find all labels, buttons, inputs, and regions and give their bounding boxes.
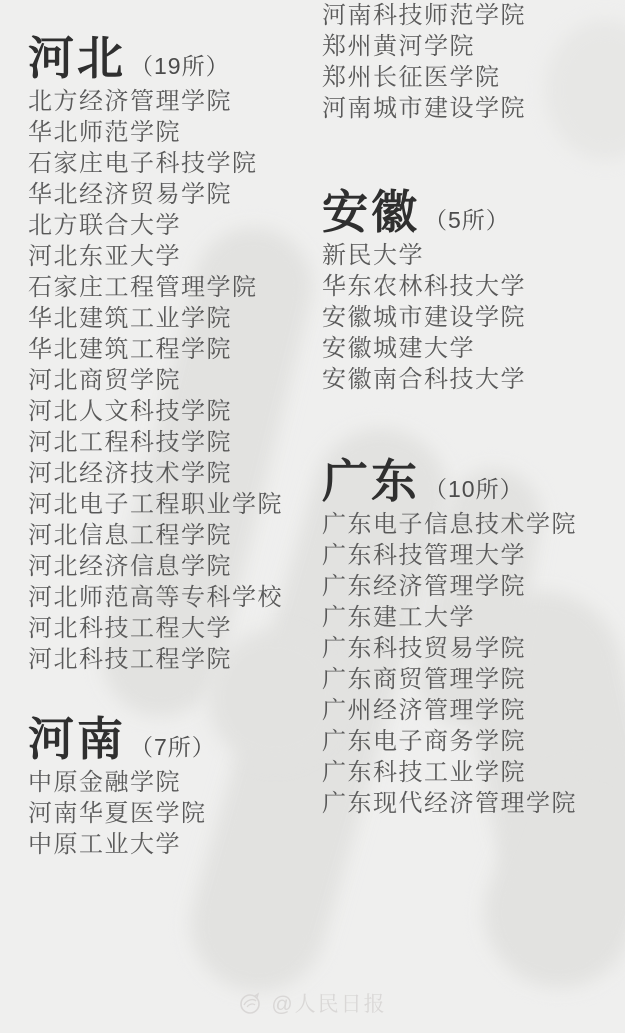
school-item: 华东农林科技大学 (322, 271, 618, 302)
school-list-henan-left: 中原金融学院 河南华夏医学院 中原工业大学 (28, 767, 316, 860)
school-item: 河北经济信息学院 (28, 551, 316, 582)
school-item: 广东电子商务学院 (322, 726, 618, 757)
school-item: 河北经济技术学院 (28, 458, 316, 489)
school-item: 北方联合大学 (28, 210, 316, 241)
school-item: 河北科技工程学院 (28, 644, 316, 675)
school-item: 河北工程科技学院 (28, 427, 316, 458)
school-item: 新民大学 (322, 240, 618, 271)
school-item: 广东科技管理大学 (322, 540, 618, 571)
province-count: （19所） (130, 48, 230, 81)
school-item: 河北信息工程学院 (28, 520, 316, 551)
school-item: 河北商贸学院 (28, 365, 316, 396)
school-item: 河南科技师范学院 (322, 0, 618, 31)
province-name: 河南 (28, 711, 126, 767)
school-item: 郑州长征医学院 (322, 62, 618, 93)
school-item: 安徽南合科技大学 (322, 364, 618, 395)
province-count: （10所） (424, 471, 524, 504)
school-item: 广东科技贸易学院 (322, 633, 618, 664)
province-name: 安徽 (322, 184, 420, 240)
province-heading-hebei: 河北 （19所） (28, 30, 316, 86)
school-item: 中原工业大学 (28, 829, 316, 860)
school-item: 广东建工大学 (322, 602, 618, 633)
province-name: 河北 (28, 30, 126, 86)
school-item: 华北师范学院 (28, 117, 316, 148)
province-name: 广东 (322, 453, 420, 509)
school-item: 河南城市建设学院 (322, 93, 618, 124)
people-daily-logo-icon (238, 990, 264, 1016)
province-heading-guangdong: 广东 （10所） (322, 453, 618, 509)
right-column: 河南科技师范学院 郑州黄河学院 郑州长征医学院 河南城市建设学院 安徽 （5所）… (322, 0, 618, 819)
infographic-canvas: 河北 （19所） 北方经济管理学院 华北师范学院 石家庄电子科技学院 华北经济贸… (0, 0, 625, 1033)
school-item: 广东经济管理学院 (322, 571, 618, 602)
credit-text: @人民日报 (271, 988, 386, 1018)
school-item: 郑州黄河学院 (322, 31, 618, 62)
school-item: 河北师范高等专科学校 (28, 582, 316, 613)
province-heading-anhui: 安徽 （5所） (322, 184, 618, 240)
school-item: 河北东亚大学 (28, 241, 316, 272)
school-item: 广东商贸管理学院 (322, 664, 618, 695)
province-count: （5所） (424, 202, 510, 235)
school-item: 河南华夏医学院 (28, 798, 316, 829)
province-count: （7所） (130, 729, 216, 762)
school-item: 安徽城市建设学院 (322, 302, 618, 333)
school-item: 华北经济贸易学院 (28, 179, 316, 210)
school-item: 广东电子信息技术学院 (322, 509, 618, 540)
school-item: 安徽城建大学 (322, 333, 618, 364)
school-item: 河北电子工程职业学院 (28, 489, 316, 520)
school-list-henan-continued: 河南科技师范学院 郑州黄河学院 郑州长征医学院 河南城市建设学院 (322, 0, 618, 124)
left-column: 河北 （19所） 北方经济管理学院 华北师范学院 石家庄电子科技学院 华北经济贸… (28, 0, 316, 860)
school-item: 石家庄电子科技学院 (28, 148, 316, 179)
school-item: 广东现代经济管理学院 (322, 788, 618, 819)
school-list-guangdong: 广东电子信息技术学院 广东科技管理大学 广东经济管理学院 广东建工大学 广东科技… (322, 509, 618, 819)
school-list-hebei: 北方经济管理学院 华北师范学院 石家庄电子科技学院 华北经济贸易学院 北方联合大… (28, 86, 316, 675)
school-item: 华北建筑工业学院 (28, 303, 316, 334)
school-item: 石家庄工程管理学院 (28, 272, 316, 303)
school-item: 河北科技工程大学 (28, 613, 316, 644)
school-item: 中原金融学院 (28, 767, 316, 798)
school-item: 北方经济管理学院 (28, 86, 316, 117)
school-item: 华北建筑工程学院 (28, 334, 316, 365)
watermark-credit: @人民日报 (0, 988, 625, 1018)
province-heading-henan: 河南 （7所） (28, 711, 316, 767)
school-item: 广东科技工业学院 (322, 757, 618, 788)
school-item: 广州经济管理学院 (322, 695, 618, 726)
school-list-anhui: 新民大学 华东农林科技大学 安徽城市建设学院 安徽城建大学 安徽南合科技大学 (322, 240, 618, 395)
school-item: 河北人文科技学院 (28, 396, 316, 427)
